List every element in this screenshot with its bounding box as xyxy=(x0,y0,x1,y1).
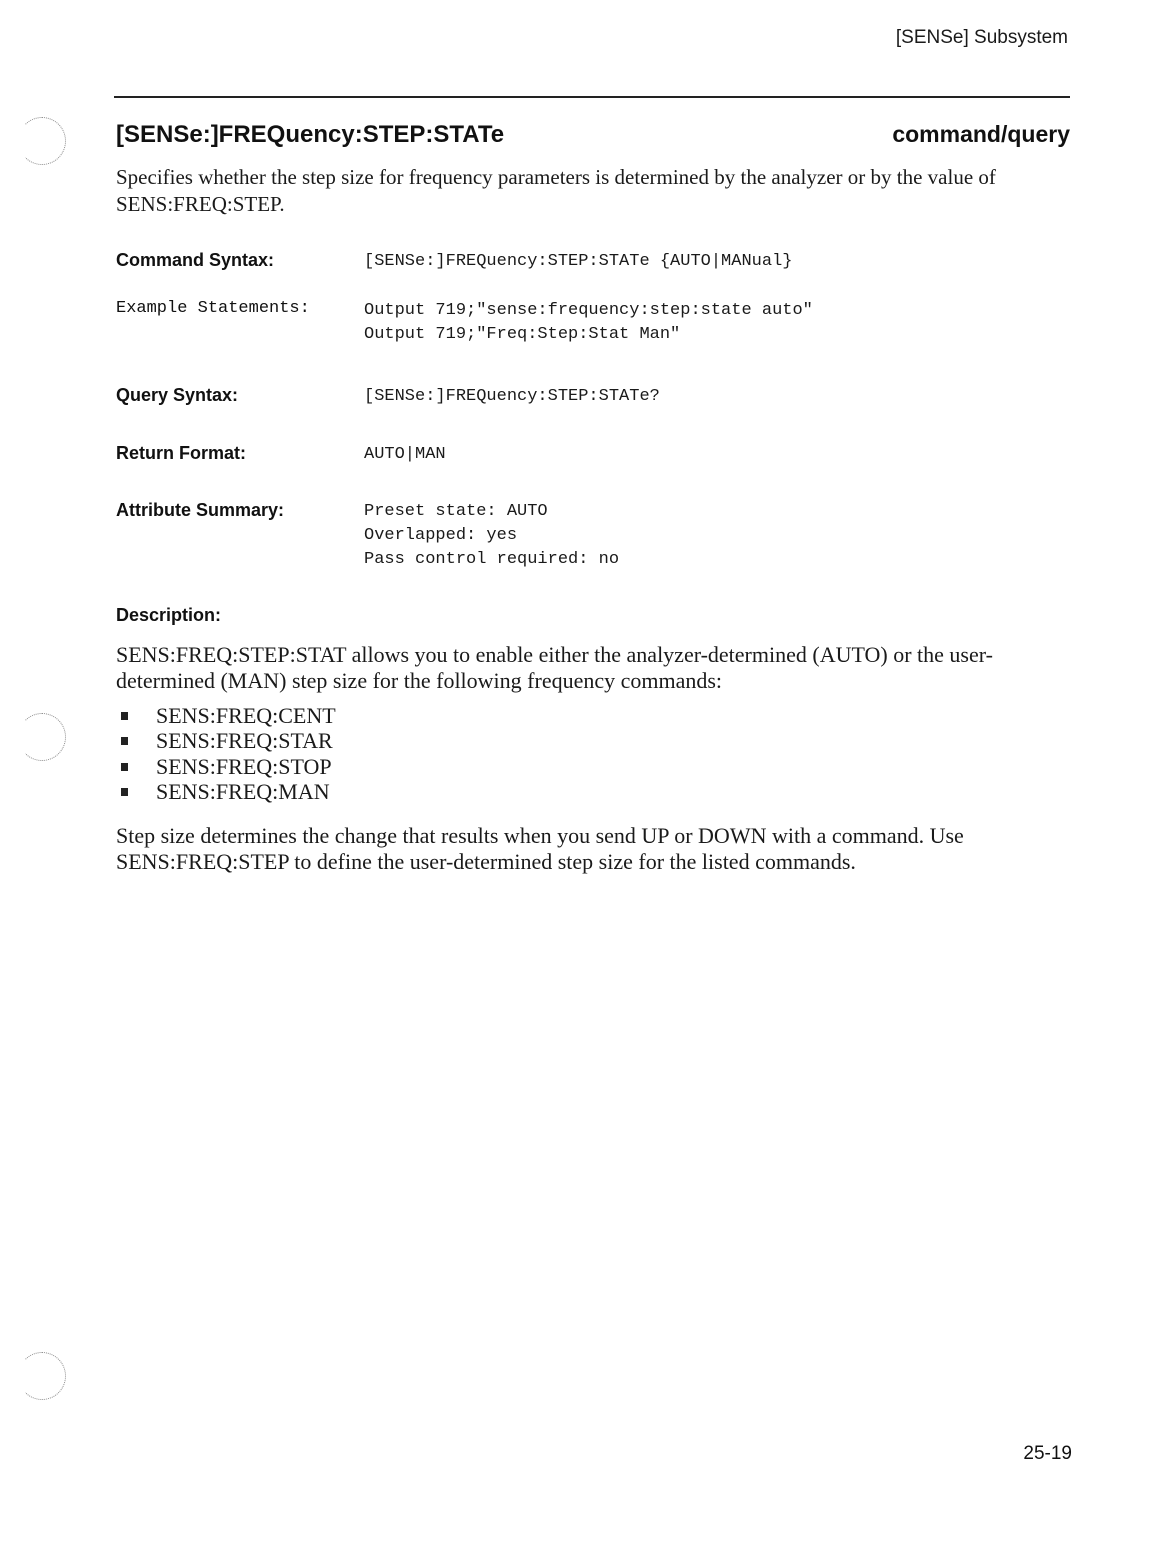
query-syntax-label: Query Syntax: xyxy=(116,385,364,409)
description-paragraph: SENS:FREQ:STEP:STAT allows you to enable… xyxy=(116,642,1046,694)
attribute-pass-control: Pass control required: no xyxy=(364,548,619,572)
page-number: 25-19 xyxy=(1023,1443,1072,1465)
punch-hole-icon xyxy=(18,1352,66,1400)
punch-hole-icon xyxy=(18,117,66,165)
list-item-text: SENS:FREQ:STOP xyxy=(156,754,332,780)
attribute-summary-values: Preset state: AUTO Overlapped: yes Pass … xyxy=(364,500,619,572)
bullet-icon xyxy=(121,737,128,745)
example-statements-row: Example Statements: Output 719;"sense:fr… xyxy=(116,299,1076,347)
command-syntax-row: Command Syntax: [SENSe:]FREQuency:STEP:S… xyxy=(116,250,1076,274)
example-statement: Output 719;"Freq:Step:Stat Man" xyxy=(364,323,813,347)
return-format-label: Return Format: xyxy=(116,443,364,467)
punch-hole-icon xyxy=(18,713,66,761)
command-type: command/query xyxy=(892,121,1070,148)
description-paragraph-2: Step size determines the change that res… xyxy=(116,823,1056,875)
bullet-icon xyxy=(121,788,128,796)
list-item-text: SENS:FREQ:MAN xyxy=(156,779,330,805)
list-item: SENS:FREQ:STAR xyxy=(116,729,336,755)
command-intro: Specifies whether the step size for freq… xyxy=(116,164,1046,218)
list-item: SENS:FREQ:MAN xyxy=(116,780,336,806)
attribute-overlapped: Overlapped: yes xyxy=(364,524,619,548)
example-statements-label: Example Statements: xyxy=(116,299,364,347)
return-format-value: AUTO|MAN xyxy=(364,443,446,467)
attribute-summary-row: Attribute Summary: Preset state: AUTO Ov… xyxy=(116,500,1076,572)
bullet-icon xyxy=(121,763,128,771)
example-statements-values: Output 719;"sense:frequency:step:state a… xyxy=(364,299,813,347)
bullet-icon xyxy=(121,712,128,720)
example-statement: Output 719;"sense:frequency:step:state a… xyxy=(364,299,813,323)
command-syntax-label: Command Syntax: xyxy=(116,250,364,274)
attribute-preset-state: Preset state: AUTO xyxy=(364,500,619,524)
return-format-row: Return Format: AUTO|MAN xyxy=(116,443,1076,467)
header-rule xyxy=(114,96,1070,98)
list-item: SENS:FREQ:CENT xyxy=(116,703,336,729)
list-item-text: SENS:FREQ:STAR xyxy=(156,728,333,754)
query-syntax-value: [SENSe:]FREQuency:STEP:STATe? xyxy=(364,385,660,409)
command-title: [SENSe:]FREQuency:STEP:STATe xyxy=(116,121,504,149)
list-item-text: SENS:FREQ:CENT xyxy=(156,703,336,729)
attribute-summary-label: Attribute Summary: xyxy=(116,500,364,572)
query-syntax-row: Query Syntax: [SENSe:]FREQuency:STEP:STA… xyxy=(116,385,1076,409)
list-item: SENS:FREQ:STOP xyxy=(116,754,336,780)
command-list: SENS:FREQ:CENT SENS:FREQ:STAR SENS:FREQ:… xyxy=(116,703,336,805)
running-header: [SENSe] Subsystem xyxy=(896,27,1068,49)
description-heading: Description: xyxy=(116,605,221,626)
command-syntax-value: [SENSe:]FREQuency:STEP:STATe {AUTO|MANua… xyxy=(364,250,792,274)
